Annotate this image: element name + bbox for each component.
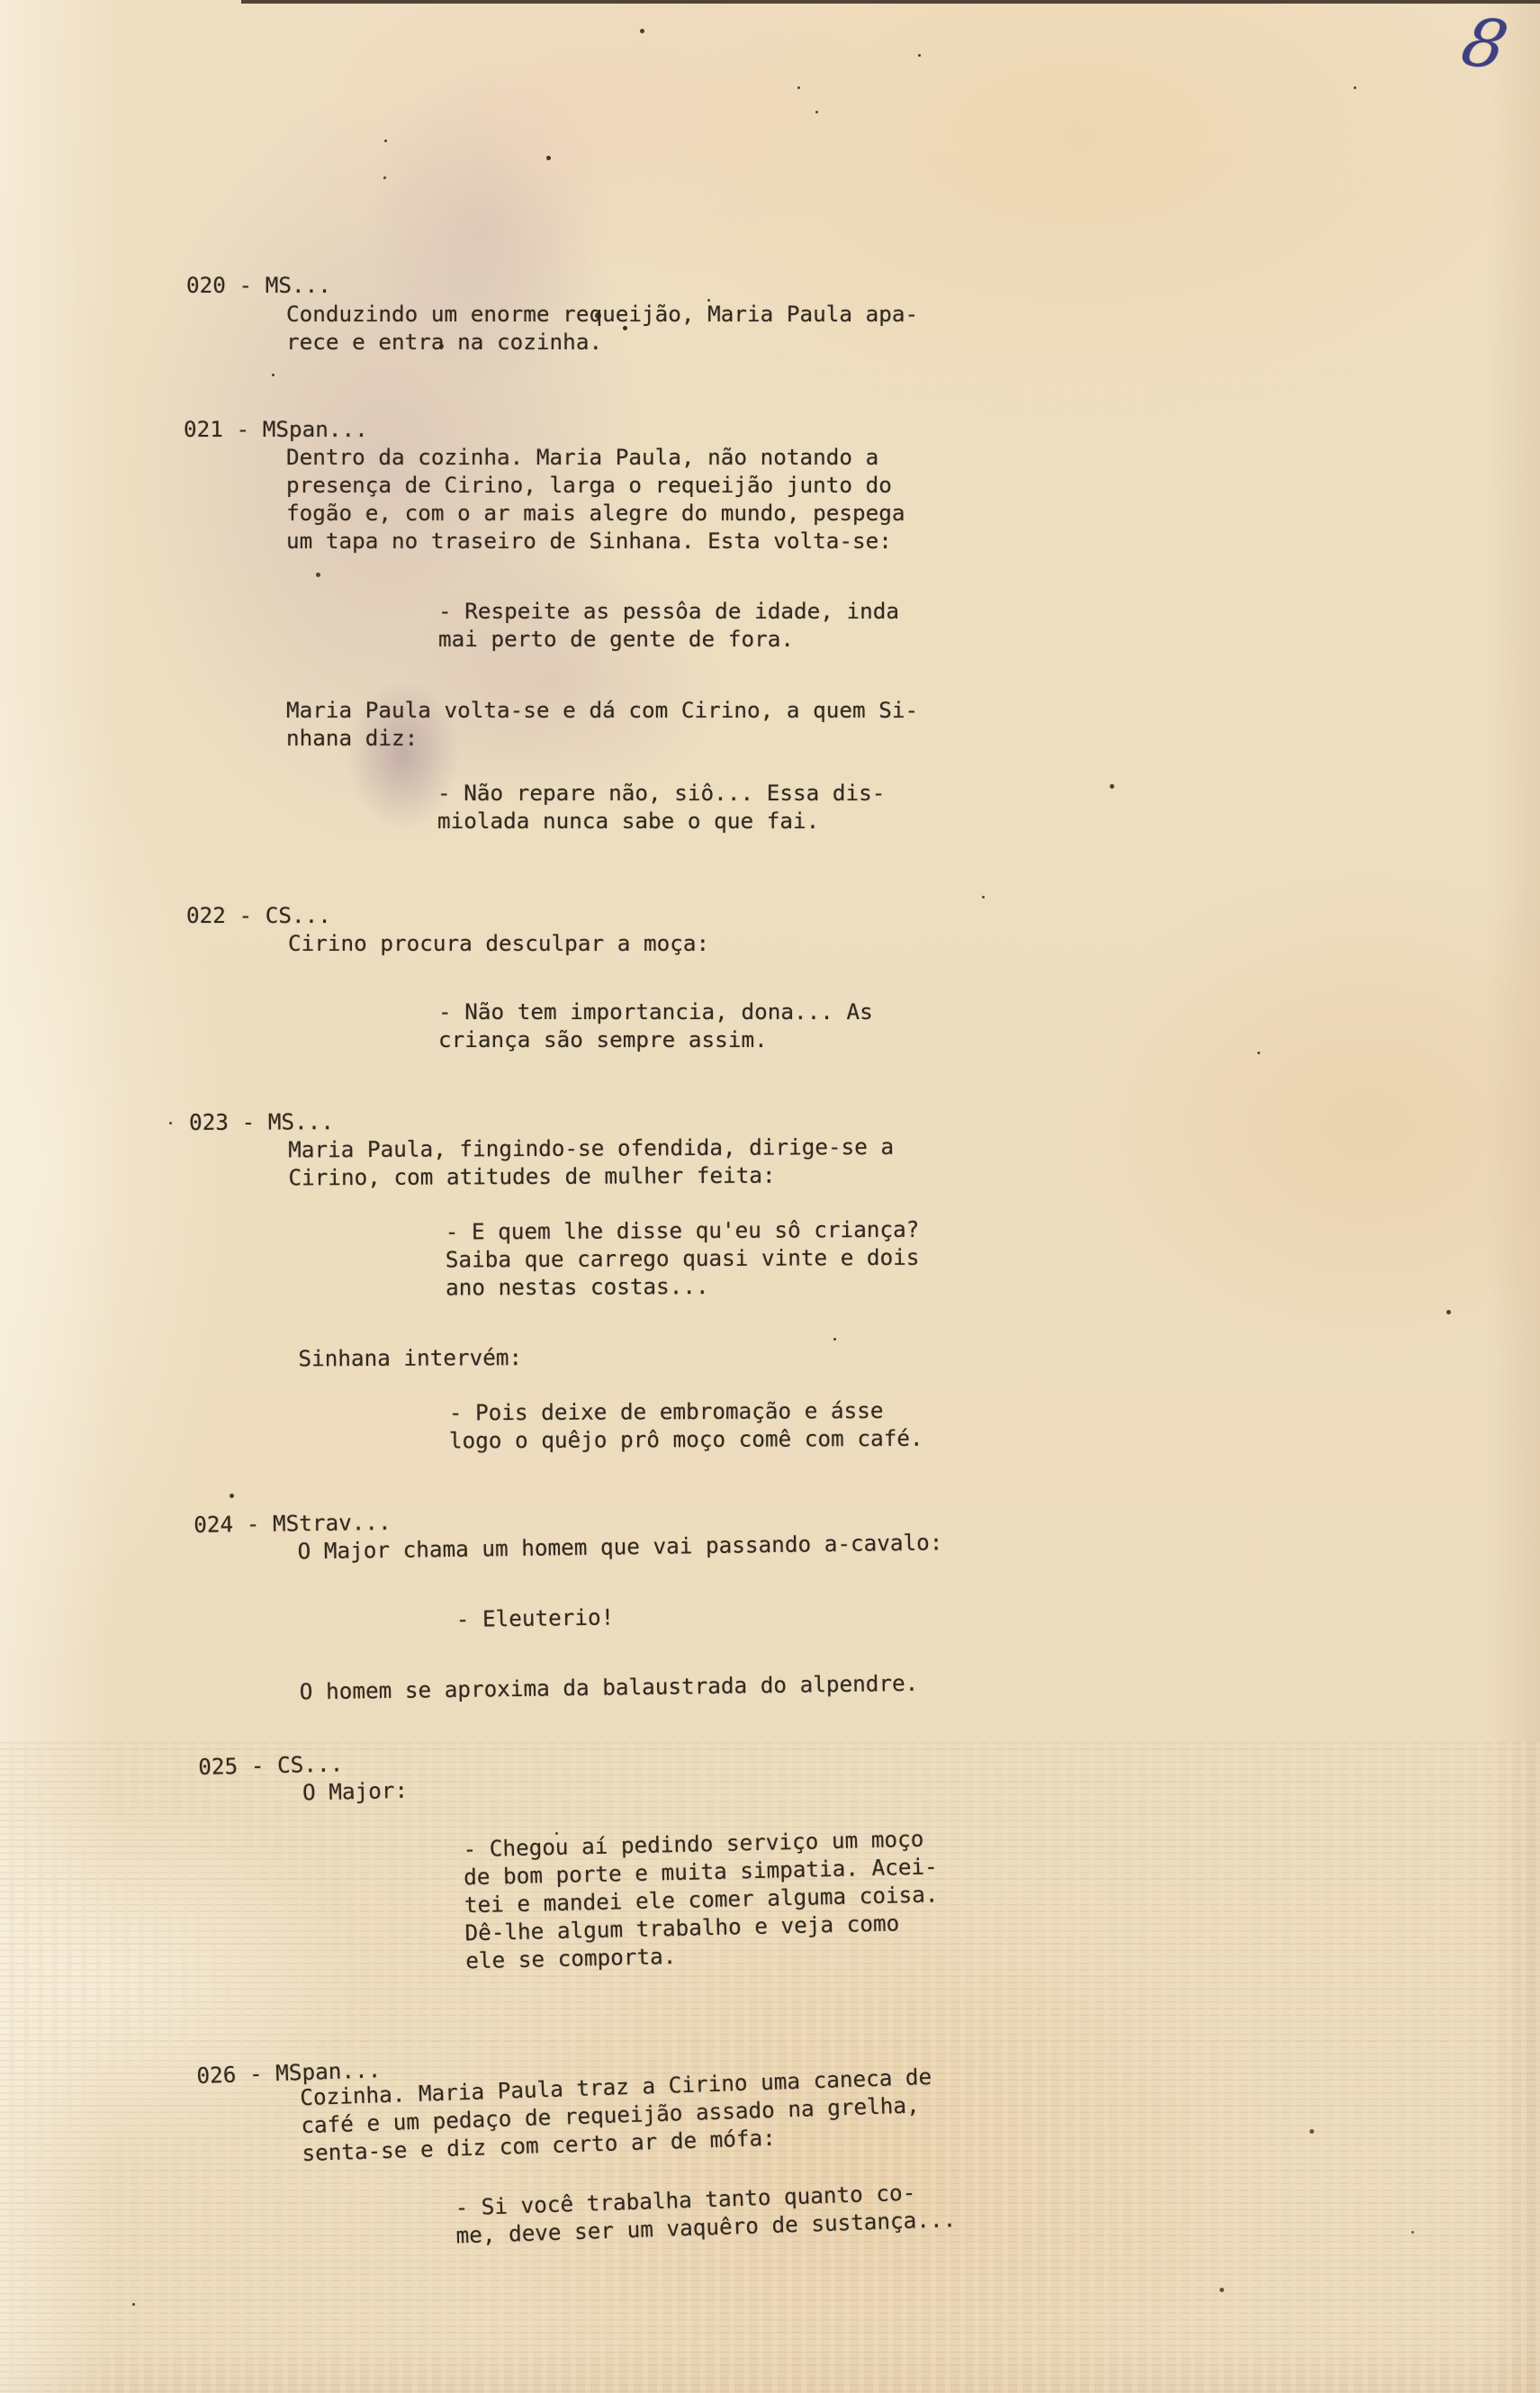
- document-page: 8 020 - MS...Conduzindo um enorme requei…: [0, 0, 1540, 2393]
- scene-026: 026 - MSpan...Cozinha. Maria Paula traz …: [0, 0, 1540, 2393]
